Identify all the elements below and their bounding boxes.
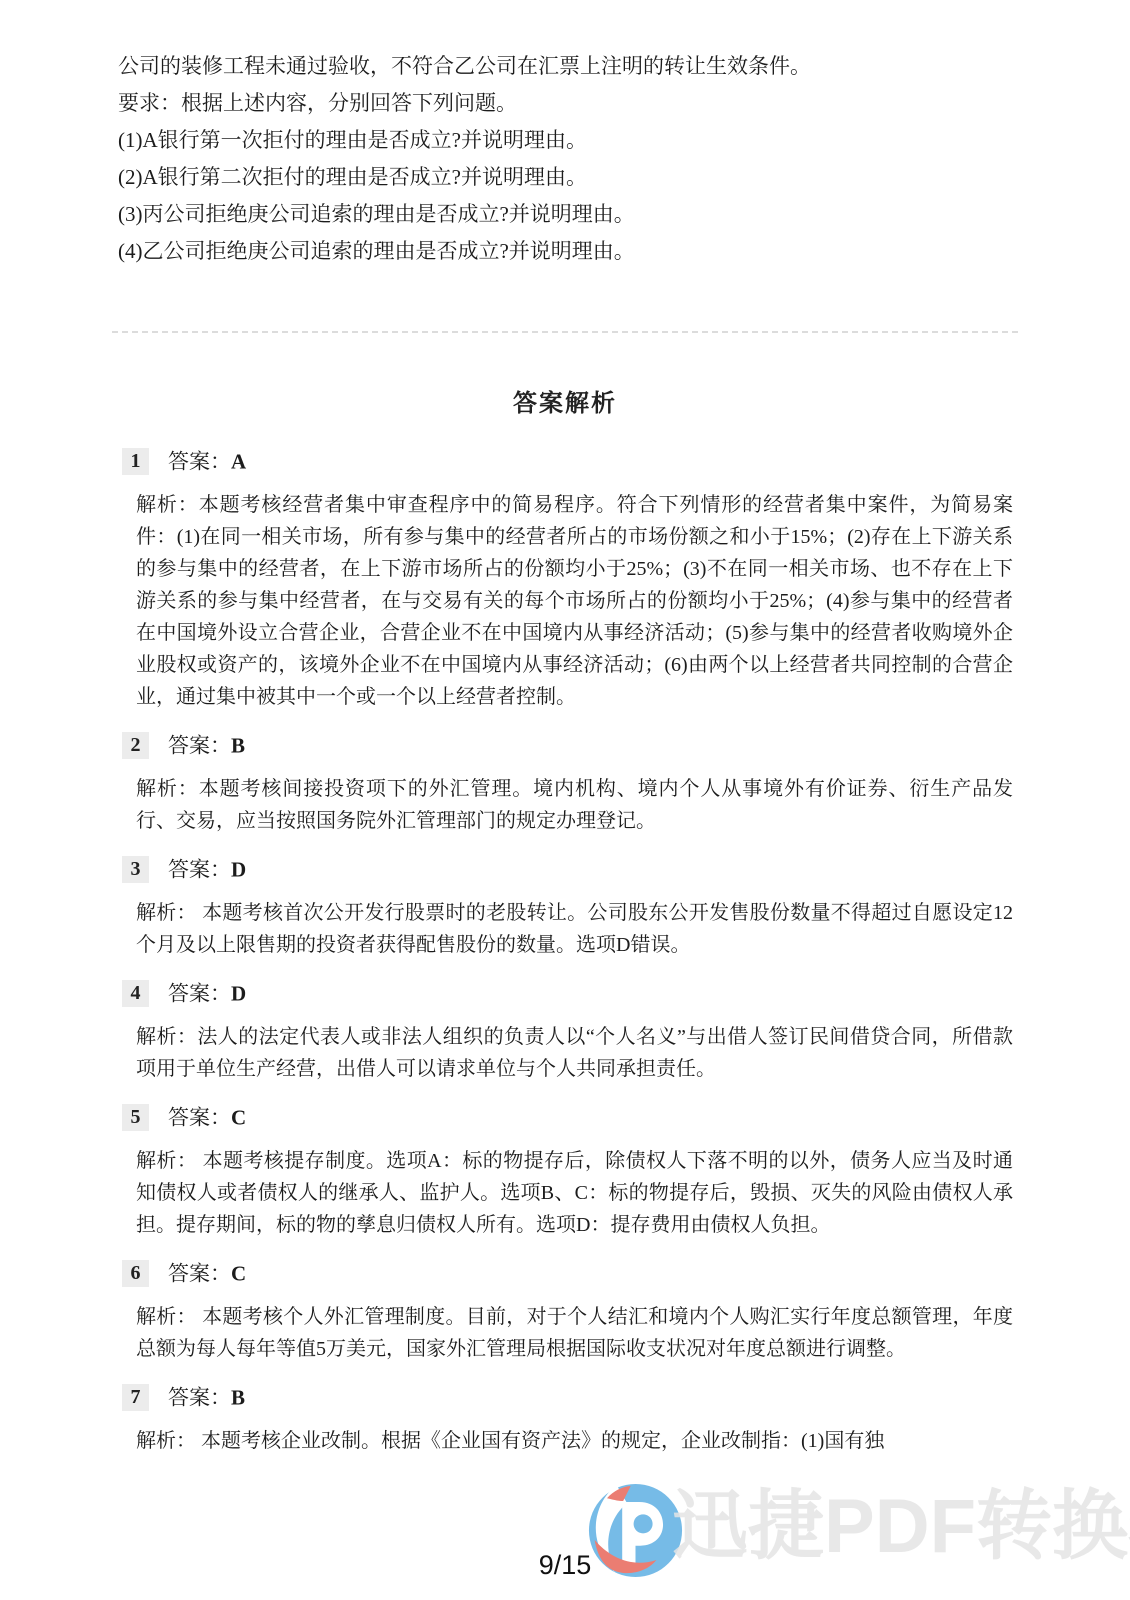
analysis-text: 解析： 本题考核企业改制。根据《企业国有资产法》的规定，企业改制指：(1)国有独 bbox=[136, 1425, 1013, 1457]
page-content: 公司的装修工程未通过验收，不符合乙公司在汇票上注明的转让生效条件。 要求：根据上… bbox=[0, 0, 1130, 1600]
answer-item: 2答案：B 解析：本题考核间接投资项下的外汇管理。境内机构、境内个人从事境外有价… bbox=[122, 731, 1015, 837]
analysis-text: 解析： 本题考核首次公开发行股票时的老股转让。公司股东公开发售股份数量不得超过自… bbox=[136, 897, 1013, 961]
answer-label: 答案： bbox=[168, 733, 231, 757]
answer-label: 答案： bbox=[168, 449, 231, 473]
dashed-divider bbox=[112, 331, 1018, 333]
answer-number-badge: 3 bbox=[122, 856, 149, 883]
answer-number-badge: 6 bbox=[122, 1260, 149, 1287]
answer-number-badge: 5 bbox=[122, 1104, 149, 1131]
section-heading: 答案解析 bbox=[0, 383, 1130, 418]
answer-label: 答案： bbox=[168, 857, 231, 881]
answer-line: 6答案：C bbox=[122, 1259, 1015, 1287]
answer-line: 5答案：C bbox=[122, 1103, 1015, 1131]
answer-letter: D bbox=[231, 981, 246, 1005]
answer-item: 3答案：D 解析： 本题考核首次公开发行股票时的老股转让。公司股东公开发售股份数… bbox=[122, 855, 1015, 961]
answer-number-badge: 4 bbox=[122, 980, 149, 1007]
answer-label: 答案： bbox=[168, 1105, 231, 1129]
answer-item: 4答案：D 解析：法人的法定代表人或非法人组织的负责人以“个人名义”与出借人签订… bbox=[122, 979, 1015, 1085]
document-page: 公司的装修工程未通过验收，不符合乙公司在汇票上注明的转让生效条件。 要求：根据上… bbox=[0, 0, 1130, 1600]
question-line: 公司的装修工程未通过验收，不符合乙公司在汇票上注明的转让生效条件。 bbox=[118, 48, 1028, 85]
answer-letter: B bbox=[231, 733, 245, 757]
answer-item: 1答案：A 解析：本题考核经营者集中审查程序中的简易程序。符合下列情形的经营者集… bbox=[122, 447, 1015, 713]
answer-item: 5答案：C 解析： 本题考核提存制度。选项A：标的物提存后，除债权人下落不明的以… bbox=[122, 1103, 1015, 1241]
answer-number-badge: 2 bbox=[122, 732, 149, 759]
answer-line: 4答案：D bbox=[122, 979, 1015, 1007]
answer-letter: B bbox=[231, 1385, 245, 1409]
answer-letter: C bbox=[231, 1105, 246, 1129]
analysis-text: 解析：本题考核经营者集中审查程序中的简易程序。符合下列情形的经营者集中案件，为简… bbox=[136, 489, 1013, 713]
analysis-text: 解析：本题考核间接投资项下的外汇管理。境内机构、境内个人从事境外有价证券、衍生产… bbox=[136, 773, 1013, 837]
analysis-text: 解析： 本题考核提存制度。选项A：标的物提存后，除债权人下落不明的以外，债务人应… bbox=[136, 1145, 1013, 1241]
answer-line: 2答案：B bbox=[122, 731, 1015, 759]
page-number: 9/15 bbox=[0, 1550, 1130, 1581]
answer-line: 3答案：D bbox=[122, 855, 1015, 883]
answer-item: 7答案：B 解析： 本题考核企业改制。根据《企业国有资产法》的规定，企业改制指：… bbox=[122, 1383, 1015, 1457]
answer-letter: D bbox=[231, 857, 246, 881]
answer-letter: C bbox=[231, 1261, 246, 1285]
question-item-3: (3)丙公司拒绝庚公司追索的理由是否成立?并说明理由。 bbox=[118, 196, 1028, 233]
answers-list: 1答案：A 解析：本题考核经营者集中审查程序中的简易程序。符合下列情形的经营者集… bbox=[122, 447, 1015, 1475]
answer-label: 答案： bbox=[168, 1385, 231, 1409]
answer-number-badge: 1 bbox=[122, 448, 149, 475]
answer-letter: A bbox=[231, 449, 246, 473]
question-item-4: (4)乙公司拒绝庚公司追索的理由是否成立?并说明理由。 bbox=[118, 233, 1028, 270]
answer-line: 7答案：B bbox=[122, 1383, 1015, 1411]
question-item-2: (2)A银行第二次拒付的理由是否成立?并说明理由。 bbox=[118, 159, 1028, 196]
answer-item: 6答案：C 解析： 本题考核个人外汇管理制度。目前，对于个人结汇和境内个人购汇实… bbox=[122, 1259, 1015, 1365]
question-requirement-line: 要求：根据上述内容，分别回答下列问题。 bbox=[118, 85, 1028, 122]
answer-line: 1答案：A bbox=[122, 447, 1015, 475]
analysis-text: 解析：法人的法定代表人或非法人组织的负责人以“个人名义”与出借人签订民间借贷合同… bbox=[136, 1021, 1013, 1085]
answer-label: 答案： bbox=[168, 981, 231, 1005]
answer-label: 答案： bbox=[168, 1261, 231, 1285]
question-item-1: (1)A银行第一次拒付的理由是否成立?并说明理由。 bbox=[118, 122, 1028, 159]
analysis-text: 解析： 本题考核个人外汇管理制度。目前，对于个人结汇和境内个人购汇实行年度总额管… bbox=[136, 1301, 1013, 1365]
question-block: 公司的装修工程未通过验收，不符合乙公司在汇票上注明的转让生效条件。 要求：根据上… bbox=[118, 48, 1028, 270]
answer-number-badge: 7 bbox=[122, 1384, 149, 1411]
